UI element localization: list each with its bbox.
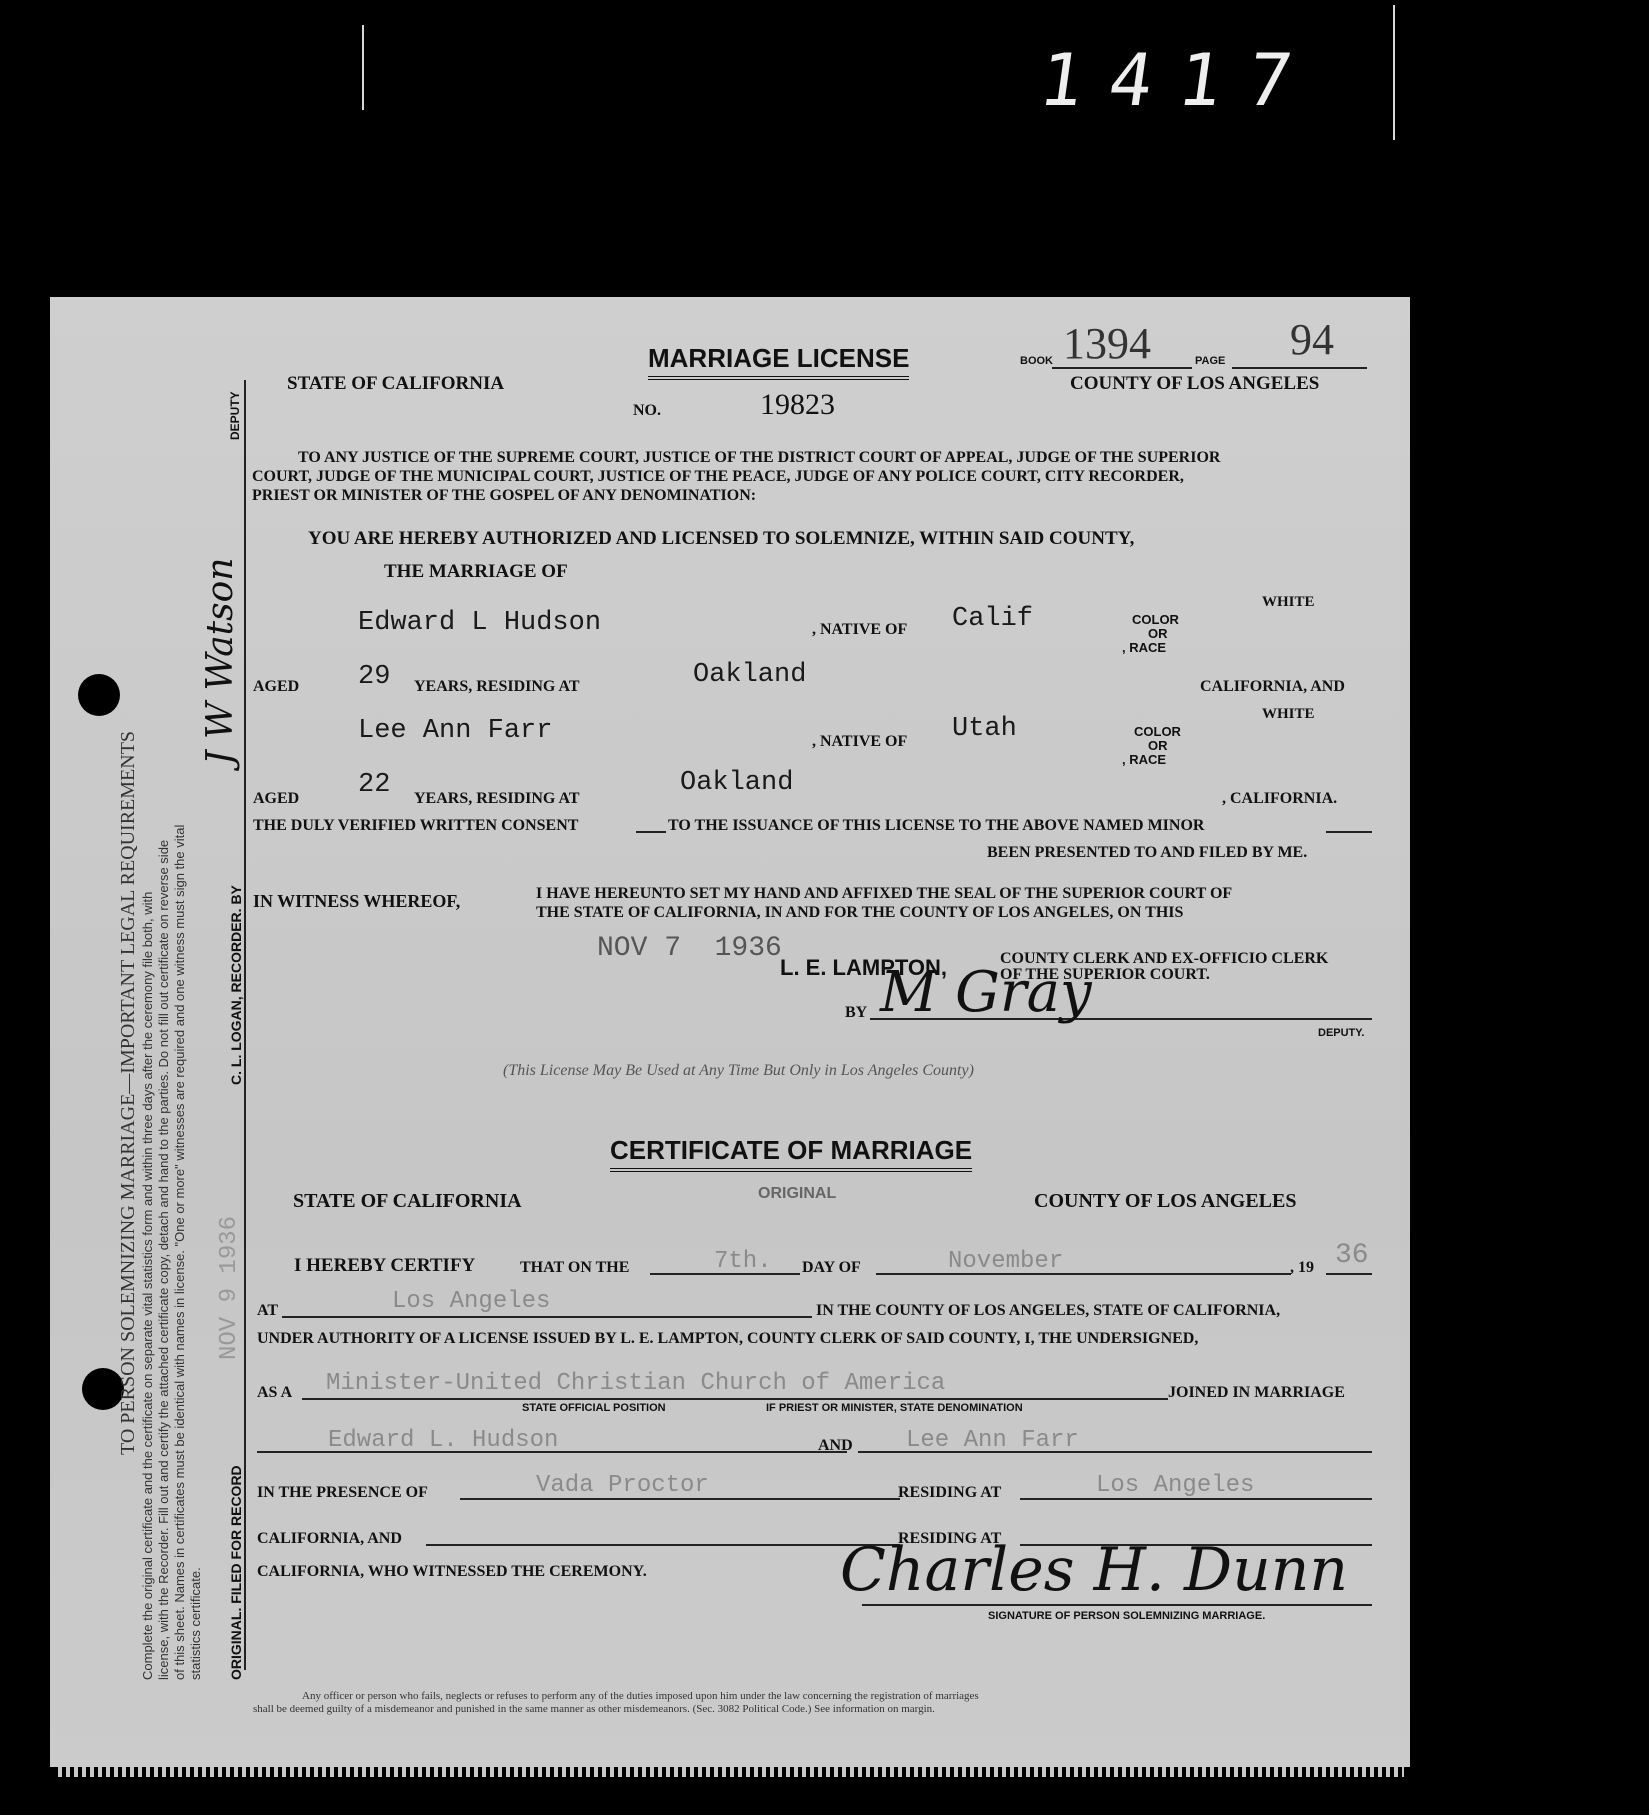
groom-residence: Oakland — [693, 660, 806, 690]
license-state-label: STATE OF CALIFORNIA — [287, 373, 504, 395]
book-rule — [1052, 367, 1192, 369]
cert-bride-name: Lee Ann Farr — [906, 1427, 1079, 1454]
page-rule — [1232, 367, 1367, 369]
book-value: 1394 — [1063, 318, 1151, 369]
margin-instructions-line: license, with the Recorder. Fill out and… — [156, 825, 172, 1680]
witness2-rule — [426, 1544, 900, 1546]
margin-filed-label: ORIGINAL. FILED FOR RECORD — [228, 1465, 244, 1680]
groom-aged-label: AGED — [253, 678, 299, 696]
witness-text-1: I HAVE HEREUNTO SET MY HAND AND AFFIXED … — [536, 885, 1232, 903]
witness-text-2: THE STATE OF CALIFORNIA, IN AND FOR THE … — [536, 904, 1183, 922]
bride-or-label: OR — [1148, 738, 1168, 753]
page-value: 94 — [1290, 314, 1334, 365]
issue-date-stamp: NOV 7 1936 — [597, 933, 782, 964]
license-number: 19823 — [760, 388, 835, 422]
perforated-edge — [58, 1767, 1404, 1777]
recorder-signature: J W Watson — [200, 558, 241, 765]
certificate-title: CERTIFICATE OF MARRIAGE — [610, 1135, 972, 1172]
residing-at-label: RESIDING AT — [898, 1484, 1001, 1502]
license-title: MARRIAGE LICENSE — [648, 343, 909, 380]
margin-instructions-line: Complete the original certificate and th… — [140, 825, 156, 1680]
bride-aged-label: AGED — [253, 790, 299, 808]
groom-native-value: Calif — [952, 604, 1033, 634]
groom-native-label: , NATIVE OF — [812, 621, 907, 639]
year-value: 36 — [1335, 1240, 1369, 1271]
as-a-label: AS A — [257, 1384, 292, 1402]
authority-text: UNDER AUTHORITY OF A LICENSE ISSUED BY L… — [257, 1330, 1198, 1348]
license-no-label: NO. — [633, 402, 661, 420]
and-label: AND — [818, 1437, 853, 1455]
consent-text: THE DULY VERIFIED WRITTEN CONSENT — [253, 817, 578, 835]
penalty-text-1: Any officer or person who fails, neglect… — [302, 1690, 979, 1702]
groom-color-label: COLOR — [1132, 612, 1179, 627]
that-on-label: THAT ON THE — [520, 1259, 629, 1277]
california-and-witness-label: CALIFORNIA, AND — [257, 1530, 402, 1548]
book-label: BOOK — [1020, 355, 1053, 367]
margin-recorder-label: C. L. LOGAN, RECORDER. BY — [228, 885, 244, 1085]
film-frame-line-right — [1393, 5, 1395, 140]
presence-label: IN THE PRESENCE OF — [257, 1484, 428, 1502]
bride-race-label: , RACE — [1122, 752, 1166, 767]
margin-instructions: Complete the original certificate and th… — [140, 825, 204, 1680]
position-value: Minister-United Christian Church of Amer… — [326, 1370, 945, 1397]
officiant-signature: Charles H. Dunn — [840, 1535, 1348, 1605]
groom-race-value: WHITE — [1262, 594, 1315, 611]
witness1-residence: Los Angeles — [1096, 1472, 1254, 1499]
penalty-text-2: shall be deemed guilty of a misdemeanor … — [253, 1703, 935, 1715]
place-rule — [282, 1316, 812, 1318]
consent-rule — [636, 831, 666, 833]
month-value: November — [948, 1248, 1063, 1275]
address-line-2: COURT, JUDGE OF THE MUNICIPAL COURT, JUS… — [252, 468, 1184, 486]
california-label: , CALIFORNIA. — [1222, 790, 1337, 808]
deputy-signature: M Gray — [880, 960, 1092, 1025]
groom-residing-label: YEARS, RESIDING AT — [414, 678, 580, 696]
usage-note: (This License May Be Used at Any Time Bu… — [503, 1062, 974, 1080]
bride-race-value: WHITE — [1262, 706, 1315, 723]
at-label: AT — [257, 1302, 278, 1320]
margin-filed-stamp: NOV 9 1936 — [216, 1216, 243, 1360]
certificate-county-label: COUNTY OF LOS ANGELES — [1034, 1190, 1296, 1213]
witness1-name: Vada Proctor — [536, 1472, 709, 1499]
consent-text-2: TO THE ISSUANCE OF THIS LICENSE TO THE A… — [668, 817, 1204, 835]
groom-or-label: OR — [1148, 626, 1168, 641]
cert-groom-name: Edward L. Hudson — [328, 1427, 558, 1454]
groom-race-label: , RACE — [1122, 640, 1166, 655]
page-label: PAGE — [1195, 355, 1225, 367]
day-value: 7th. — [714, 1248, 772, 1275]
film-frame-number: 1417 — [1034, 38, 1323, 122]
address-line-3: PRIEST OR MINISTER OF THE GOSPEL OF ANY … — [252, 487, 756, 505]
bride-name: Lee Ann Farr — [358, 716, 552, 746]
denomination-caption: IF PRIEST OR MINISTER, STATE DENOMINATIO… — [766, 1402, 1023, 1414]
by-label: BY — [845, 1004, 867, 1022]
county-text: IN THE COUNTY OF LOS ANGELES, STATE OF C… — [816, 1302, 1280, 1320]
license-deputy-label: DEPUTY. — [1318, 1027, 1364, 1039]
authorized-text: YOU ARE HEREBY AUTHORIZED AND LICENSED T… — [308, 528, 1134, 550]
witnessed-label: CALIFORNIA, WHO WITNESSED THE CEREMONY. — [257, 1563, 647, 1581]
margin-deputy-label: DEPUTY — [228, 391, 242, 440]
margin-vertical-rule — [244, 380, 246, 1670]
joined-label: JOINED IN MARRIAGE — [1168, 1384, 1345, 1402]
address-line-1: TO ANY JUSTICE OF THE SUPREME COURT, JUS… — [298, 449, 1220, 467]
certificate-state-label: STATE OF CALIFORNIA — [293, 1190, 522, 1213]
position-rule — [302, 1398, 1168, 1400]
california-and-label: CALIFORNIA, AND — [1200, 678, 1345, 696]
bride-residence: Oakland — [680, 768, 793, 798]
day-of-label: DAY OF — [802, 1259, 861, 1277]
groom-age: 29 — [358, 662, 390, 692]
original-label: ORIGINAL — [758, 1185, 836, 1203]
place-value: Los Angeles — [392, 1288, 550, 1315]
witness-whereof-label: IN WITNESS WHEREOF, — [253, 891, 460, 912]
bride-native-value: Utah — [952, 714, 1017, 744]
minor-rule — [1326, 831, 1372, 833]
officiant-signature-line — [862, 1604, 1372, 1606]
bride-color-label: COLOR — [1134, 724, 1181, 739]
year-rule — [1326, 1273, 1372, 1275]
bride-native-label: , NATIVE OF — [812, 733, 907, 751]
consent-text-3: BEEN PRESENTED TO AND FILED BY ME. — [987, 844, 1307, 862]
position-caption: STATE OFFICIAL POSITION — [522, 1402, 666, 1414]
month-rule — [876, 1273, 1291, 1275]
bride-residing-label: YEARS, RESIDING AT — [414, 790, 580, 808]
margin-instructions-line: statistics certificate. — [188, 825, 204, 1680]
margin-instructions-line: of this sheet. Names in certificates mus… — [172, 825, 188, 1680]
year-prefix: , 19 — [1290, 1259, 1314, 1277]
marriage-of-label: THE MARRIAGE OF — [384, 561, 568, 583]
bride-age: 22 — [358, 770, 390, 800]
groom-name: Edward L Hudson — [358, 608, 601, 638]
punch-hole-top — [78, 674, 120, 716]
margin-heading: TO PERSON SOLEMNIZING MARRIAGE—IMPORTANT… — [117, 731, 140, 1455]
signature-caption: SIGNATURE OF PERSON SOLEMNIZING MARRIAGE… — [988, 1610, 1265, 1622]
license-county-label: COUNTY OF LOS ANGELES — [1070, 373, 1319, 395]
film-frame-line-left — [362, 25, 364, 110]
certify-label: I HEREBY CERTIFY — [294, 1255, 475, 1277]
